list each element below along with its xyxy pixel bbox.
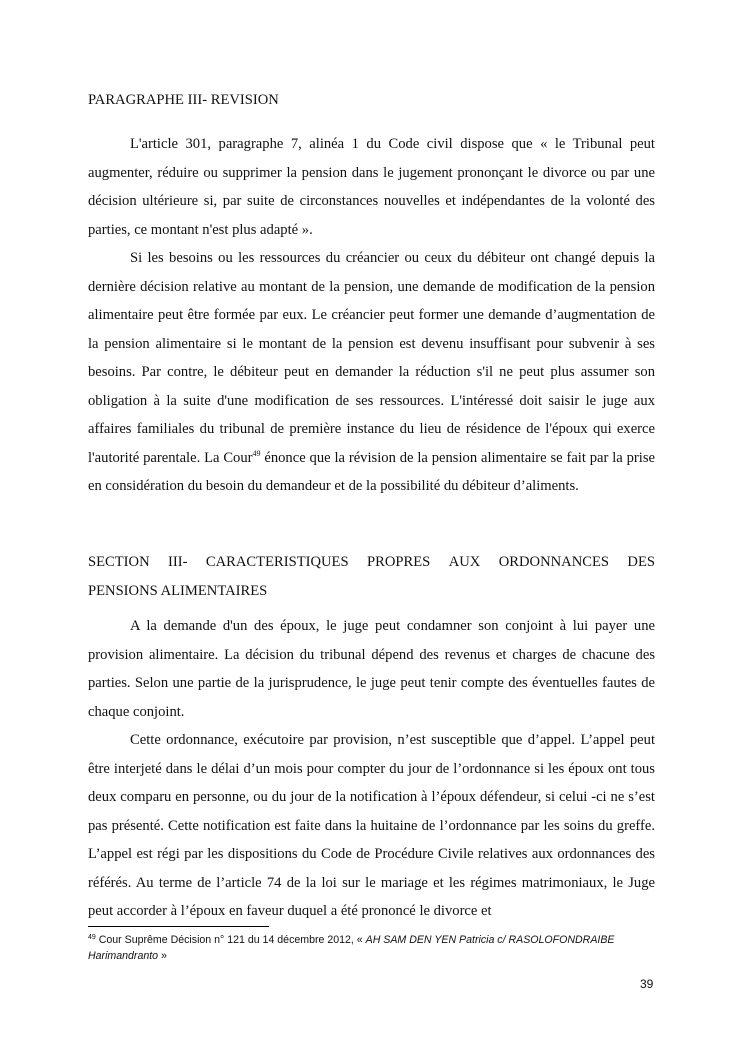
section-heading-word: III- (168, 548, 187, 577)
section-heading-word: PROPRES (367, 548, 430, 577)
footnote-close: » (158, 950, 167, 962)
section-heading-word: CARACTERISTIQUES (206, 548, 349, 577)
footnote: 49 Cour Suprême Décision n° 121 du 14 dé… (88, 932, 668, 964)
footnote-text: Cour Suprême Décision n° 121 du 14 décem… (96, 934, 366, 946)
paragraph-heading: PARAGRAPHE III- REVISION (88, 86, 655, 115)
revision-paragraph-1: L'article 301, paragraphe 7, alinéa 1 du… (88, 130, 655, 244)
footnote-number: 49 (88, 934, 96, 941)
footnote-separator (88, 926, 269, 927)
footnote-reference[interactable]: 49 (253, 449, 261, 458)
section-heading-word: ORDONNANCES (499, 548, 609, 577)
page-number: 39 (640, 977, 653, 991)
section-heading-word: SECTION (88, 548, 150, 577)
section-heading-word: DES (627, 548, 655, 577)
section-heading-word: AUX (449, 548, 481, 577)
revision-paragraph-2: Si les besoins ou les ressources du créa… (88, 244, 655, 501)
section-heading: SECTION III- CARACTERISTIQUES PROPRES AU… (88, 548, 655, 605)
section-heading-line-1: SECTION III- CARACTERISTIQUES PROPRES AU… (88, 548, 655, 577)
revision-paragraph-2-text: Si les besoins ou les ressources du créa… (88, 250, 655, 466)
section-paragraph-2: Cette ordonnance, exécutoire par provisi… (88, 726, 655, 926)
section-heading-line-2: PENSIONS ALIMENTAIRES (88, 577, 655, 606)
section-paragraph-1: A la demande d'un des époux, le juge peu… (88, 612, 655, 726)
